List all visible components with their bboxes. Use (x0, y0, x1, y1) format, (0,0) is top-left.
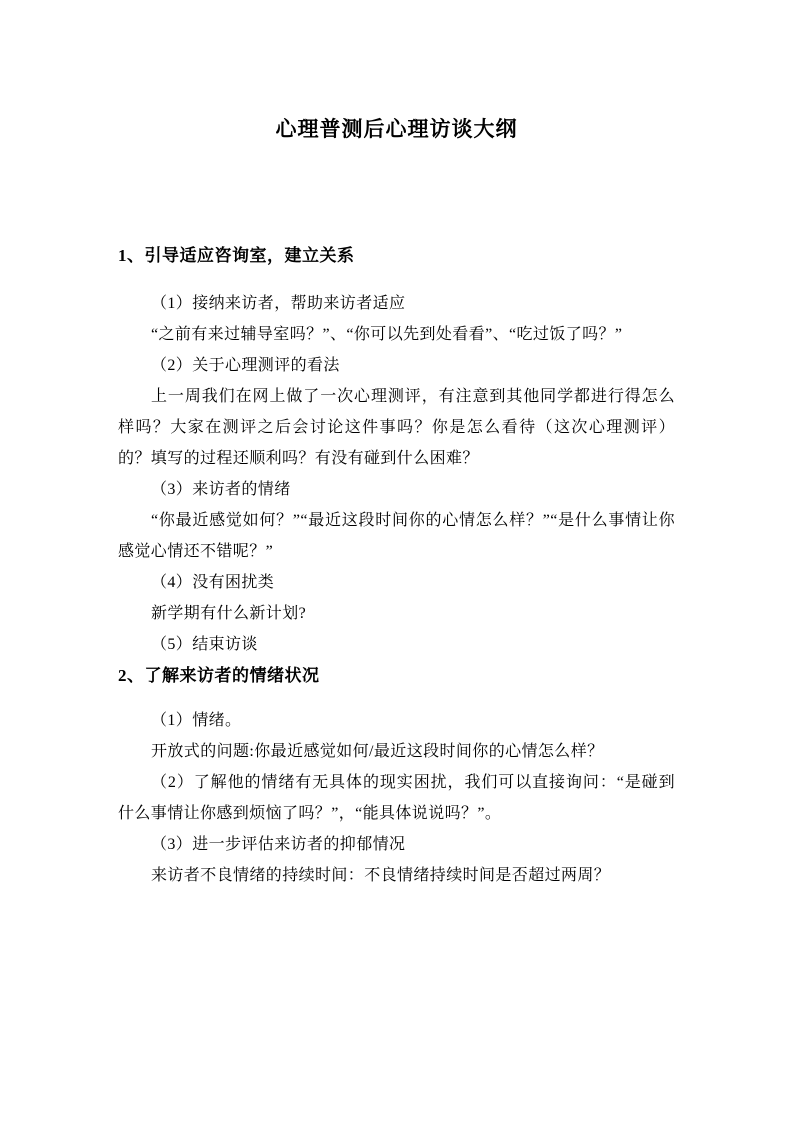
document-content: 心理普测后心理访谈大纲 1、引导适应咨询室，建立关系 （1）接纳来访者，帮助来访… (118, 112, 675, 891)
paragraph: 开放式的问题:你最近感觉如何/最近这段时间你的心情怎么样？ (118, 736, 675, 767)
paragraph: （3）进一步评估来访者的抑郁情况 (118, 829, 675, 860)
paragraph: （4）没有困扰类 (118, 567, 675, 598)
paragraph: （1）情绪。 (118, 705, 675, 736)
document-title: 心理普测后心理访谈大纲 (118, 112, 675, 146)
paragraph: 来访者不良情绪的持续时间：不良情绪持续时间是否超过两周？ (118, 860, 675, 891)
paragraph: （1）接纳来访者，帮助来访者适应 (118, 288, 675, 319)
section-2-heading: 2、了解来访者的情绪状况 (118, 660, 675, 691)
paragraph: 新学期有什么新计划? (118, 598, 675, 629)
paragraph: （2）关于心理测评的看法 (118, 350, 675, 381)
paragraph: “之前有来过辅导室吗？”、“你可以先到处看看”、“吃过饭了吗？” (118, 319, 675, 350)
section-1-heading: 1、引导适应咨询室，建立关系 (118, 240, 675, 271)
paragraph: 上一周我们在网上做了一次心理测评，有注意到其他同学都进行得怎么样吗？大家在测评之… (118, 381, 675, 474)
paragraph: （5）结束访谈 (118, 629, 675, 660)
paragraph: “你最近感觉如何？”“最近这段时间你的心情怎么样？”“是什么事情让你感觉心情还不… (118, 505, 675, 567)
paragraph: （2）了解他的情绪有无具体的现实困扰，我们可以直接询问：“是碰到什么事情让你感到… (118, 767, 675, 829)
paragraph: （3）来访者的情绪 (118, 474, 675, 505)
document-page: 心理普测后心理访谈大纲 1、引导适应咨询室，建立关系 （1）接纳来访者，帮助来访… (0, 0, 793, 1122)
